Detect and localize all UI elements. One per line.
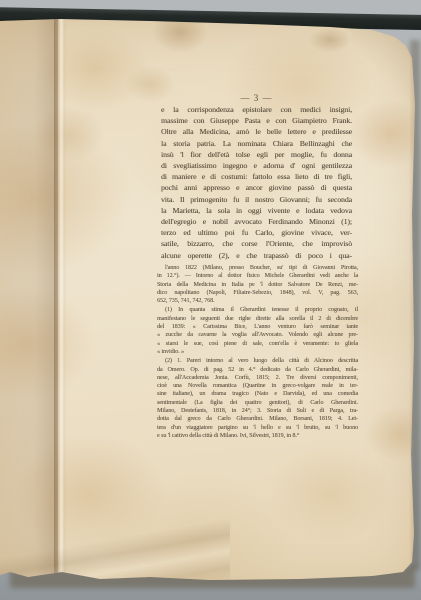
text-line: 652, 735, 741, 742, 768. xyxy=(157,297,358,305)
gutter-shadow xyxy=(0,14,58,592)
bottom-left-wrinkle xyxy=(0,514,230,584)
text-line: la Marietta, la sola in oggi vivente e l… xyxy=(161,205,352,216)
text-line: di svegliatissimo ingegno e adorna d' og… xyxy=(161,160,352,171)
scanned-book-photo: — 3 — e la corrispondenza epistolare con… xyxy=(0,0,421,600)
footnote-2: (2) 1. Pareri intorno al vero luogo dell… xyxy=(157,357,358,440)
text-line: « invidio. » xyxy=(157,348,358,356)
text-line: Milano, Destefanis, 1818, in 24°; 3. Sto… xyxy=(157,407,358,415)
text-line: alcune operette (2), e che trapassò di p… xyxy=(161,250,352,261)
text-line: sentimentale (La figlia dei quattro geni… xyxy=(157,399,358,407)
text-line: (1) In quanta stima il Gherardini teness… xyxy=(157,306,358,314)
text-line: del 1839: « Carissima Bice, L'anno ventu… xyxy=(157,323,358,331)
text-line: Oltre alla Medicina, amò le belle letter… xyxy=(161,126,352,137)
text-line: di maniere e di costumi: fattolo essa li… xyxy=(161,171,352,182)
text-line: dotta dal greco da Carlo Gherardini. Mil… xyxy=(157,415,358,423)
text-line: manifestano le seguenti due righe dirett… xyxy=(157,315,358,323)
text-line: l'anno 1822 (Milano, presso Boucher, su'… xyxy=(157,264,358,272)
text-line: in 12.°). — Intorno al dottor fisico Mic… xyxy=(157,272,358,280)
text-line: dell'egregio e nobil avvocato Ferdinando… xyxy=(161,216,352,227)
text-line: satile, bizzarro, che corse l'Oriente, c… xyxy=(161,238,352,249)
page-fold-crease xyxy=(54,14,67,592)
book-page: — 3 — e la corrispondenza epistolare con… xyxy=(0,14,421,592)
text-line: « starsi le sue, così piene di sale, com… xyxy=(157,340,358,348)
text-line: sine italiane), un drama tragico (Nato e… xyxy=(157,390,358,398)
text-line: insù 'l fior dell'età tolse egli per mog… xyxy=(161,149,352,160)
text-line: e su 'l cattivo della città di Milano. I… xyxy=(157,432,358,440)
text-line: da Omero. Op. di pag. 52 in 4.° dedicato… xyxy=(157,366,358,374)
footnote-continuation: l'anno 1822 (Milano, presso Boucher, su'… xyxy=(157,264,358,305)
text-line: cioè una Novella romantica (Quartine in … xyxy=(157,382,358,390)
text-line: tera d'un viaggiatore parigino su 'l bel… xyxy=(157,424,358,432)
text-line: pochi anni appresso e ancor giovine pass… xyxy=(161,182,352,193)
text-line: nese, all'Accademia Jonia. Corfù, 1815; … xyxy=(157,374,358,382)
text-line: (2) 1. Pareri intorno al vero luogo dell… xyxy=(157,357,358,365)
text-line: vita. Il primogenito fu il nostro Giovan… xyxy=(161,194,352,205)
page-number: — 3 — xyxy=(161,93,352,103)
text-line: « zucche da cavarne la voglia all'Avvoca… xyxy=(157,331,358,339)
footnote-1: (1) In quanta stima il Gherardini teness… xyxy=(157,306,358,356)
text-line: Storia della Medicina in Italia pe 'l do… xyxy=(157,281,358,289)
text-line: terzo ed ultimo poi fu Carlo, giovine vi… xyxy=(161,227,352,238)
text-line: e la corrispondenza epistolare con medic… xyxy=(161,104,352,115)
footnotes-section: l'anno 1822 (Milano, presso Boucher, su'… xyxy=(157,264,358,441)
body-text-paragraph: e la corrispondenza epistolare con medic… xyxy=(161,104,352,261)
text-line: dico napolitano (Napoli, Filiatre-Sebezi… xyxy=(157,289,358,297)
text-line: massime con Giuseppe Pasta e con Giampie… xyxy=(161,115,352,126)
text-line: la storia patria. La nominata Chiara Bel… xyxy=(161,138,352,149)
